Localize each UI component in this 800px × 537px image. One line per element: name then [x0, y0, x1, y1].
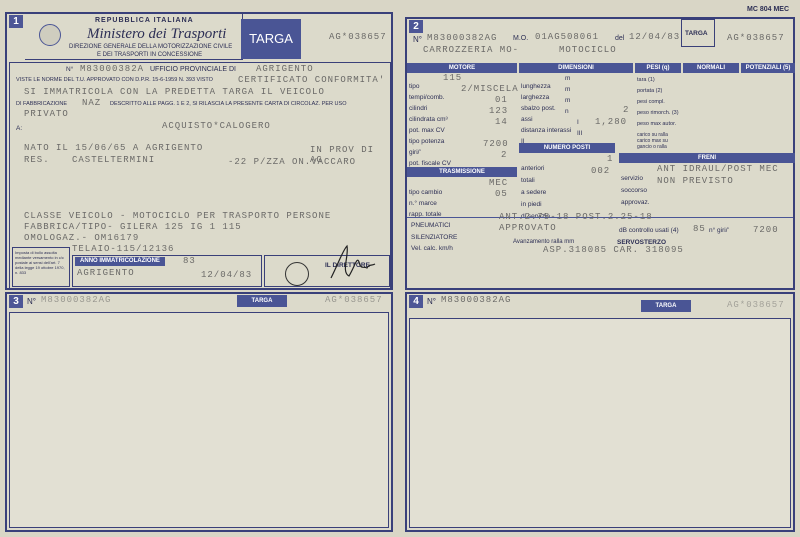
fabbricazione-value: NAZ — [82, 98, 101, 108]
dimensioni-row: IIIII — [521, 130, 633, 141]
targa-label: TARGA — [641, 300, 691, 312]
main-body: N° M83000382A UFFICIO PROVINCIALE DI AGR… — [9, 62, 391, 290]
anno-date: 12/04/83 — [201, 270, 252, 280]
ufficio-value: AGRIGENTO — [256, 64, 314, 74]
pesi-row: portata (2) — [637, 88, 681, 99]
normali-header: NORMALI — [683, 63, 739, 73]
dimensioni-row: sbalzo post.m — [521, 97, 633, 108]
mo-value: 01AG508061 — [535, 32, 599, 42]
panel-4: 4 N° M83000382AG TARGA AG*038657 — [405, 292, 795, 532]
nato-line: NATO IL 15/06/65 A AGRIGENTO — [24, 143, 203, 153]
descritto-label: DESCRITTO ALLE PAGG. 1 E 2, SI RILASCIA … — [110, 101, 346, 107]
anno-box: ANNO IMMATRICOLAZIONE 83 AGRIGENTO 12/04… — [72, 255, 262, 287]
carrozzeria-type: MOTOCICLO — [559, 45, 617, 55]
direction-line-1: DIREZIONE GENERALE DELLA MOTORIZZAZIONE … — [69, 44, 232, 50]
freni-row: soccorsoNON PREVISTO — [621, 179, 795, 191]
vehicle-registration-document: 1 REPUBBLICA ITALIANA Ministero dei Tras… — [0, 0, 800, 537]
pesi-row: tara (1) — [637, 77, 681, 88]
n-label: N° — [413, 35, 422, 44]
targa-value: AG*038657 — [329, 32, 387, 42]
posti-row: totali002 — [521, 169, 633, 181]
owner-name: ACQUISTO*CALOGERO — [162, 121, 271, 131]
giri-label: n° giri/' — [709, 227, 729, 234]
dimensioni-rows: lunghezzam larghezzam sbalzo post.m assi… — [521, 75, 633, 141]
posti-row: a sedere — [521, 181, 633, 193]
panel-number: 1 — [9, 15, 23, 28]
potenziali-header: POTENZIALI (5) — [741, 63, 795, 73]
panel-4-blank-area — [409, 318, 791, 528]
anno-value: 83 — [183, 256, 196, 266]
motore-header: MOTORE — [407, 63, 517, 73]
n-label: N° — [66, 66, 73, 73]
form-code: MC 804 MEC — [747, 6, 789, 13]
dimensioni-row: distanza interassiI1,280 — [521, 119, 633, 130]
pesi-rows: tara (1) portata (2) pesi compl. peso ri… — [637, 77, 681, 150]
n-label: N° — [27, 297, 36, 306]
motore-row: pot. fiscale CV2 — [409, 152, 517, 163]
carrozzeria-value: CARROZZERIA MO- — [423, 45, 519, 55]
bollo-text: Imposta di bollo assolta mediante versam… — [15, 250, 67, 275]
emblem-icon — [39, 24, 61, 46]
panel-1: 1 REPUBBLICA ITALIANA Ministero dei Tras… — [5, 12, 393, 290]
direttore-box: IL DIRETTORE — [264, 255, 390, 287]
direction-line-2: E DEI TRASPORTI IN CONCESSIONE — [97, 52, 202, 58]
numero-posti-header: NUMERO POSTI — [519, 143, 615, 153]
pneumatici-label: PNEUMATICI — [411, 222, 451, 229]
panel-2: 2 MC 804 MEC N° M83000382AG M.O. 01AG508… — [405, 17, 795, 290]
mo-label: M.O. — [513, 35, 528, 42]
targa-label: TARGA — [241, 19, 301, 59]
res-address: -22 P/ZZA ON.VACCARO — [228, 157, 356, 167]
posti-row: in piedi — [521, 193, 633, 205]
db-label: dB controllo usati (4) — [619, 227, 679, 234]
dimensioni-header: DIMENSIONI — [519, 63, 633, 73]
panel-number: 2 — [409, 20, 423, 33]
silenziatore-label: SILENZIATORE — [411, 234, 457, 241]
viste-value: CERTIFICATO CONFORMITA' — [238, 75, 385, 85]
n-value: M83000382A — [80, 64, 144, 74]
n-value: M83000382AG — [427, 33, 497, 43]
del-label: del — [615, 35, 624, 42]
targa-box: TARGA — [681, 19, 715, 47]
pesi-row: carico su ralla carico max su gancio o r… — [637, 132, 681, 150]
omolog-line: OMOLOGAZ.- OM16179 — [24, 233, 139, 243]
freni-row: approvaz. — [621, 191, 795, 203]
targa-label: TARGA — [237, 295, 287, 307]
panel-3: 3 N° M83000382AG TARGA AG*038657 — [5, 292, 393, 532]
targa-value: AG*038657 — [727, 33, 785, 43]
fabbrica-line: FABBRICA/TIPO- GILERA 125 IG 1 115 — [24, 222, 242, 232]
pesi-header: PESI (q) — [635, 63, 681, 73]
freni-header: FRENI — [619, 153, 795, 163]
silenziatore-value: APPROVATO — [499, 223, 557, 233]
immatricola-line: SI IMMATRICOLA CON LA PREDETTA TARGA IL … — [24, 87, 325, 97]
targa-value: AG*038657 — [727, 300, 785, 310]
ministry-header: REPUBBLICA ITALIANA Ministero dei Traspo… — [25, 14, 243, 60]
pesi-row: peso max autor. — [637, 121, 681, 132]
trasmissione-row: n.° marce05 — [409, 192, 517, 203]
motore-rows: tipo115 tempi/comb.2/MISCELA cilindri01 … — [409, 75, 517, 163]
telaio-line: TELAIO-115/12136 — [72, 244, 174, 254]
panel-3-blank-area — [9, 312, 389, 528]
classe-line: CLASSE VEICOLO - MOTOCICLO PER TRASPORTO… — [24, 211, 331, 221]
ministry-name: Ministero dei Trasporti — [87, 26, 226, 43]
dimensioni-row: larghezzam — [521, 86, 633, 97]
republic-label: REPUBBLICA ITALIANA — [95, 17, 194, 24]
pneumatici-value: ANT.2.75-18 POST.2.25-18 — [499, 212, 653, 222]
del-value: 12/04/83 — [629, 32, 680, 42]
asp-value: ASP.318085 CAR. 318095 — [543, 245, 684, 255]
posti-row: anteriori1 — [521, 157, 633, 169]
trasmissione-header: TRASMISSIONE — [407, 167, 517, 177]
viste-label: VISTE LE NORME DEL T.U. APPROVATO CON D.… — [16, 77, 213, 83]
a-label: A: — [16, 125, 22, 132]
giri-value: 7200 — [753, 225, 779, 235]
targa-label: TARGA — [685, 30, 708, 37]
panel-number: 3 — [9, 295, 23, 308]
panel-number: 4 — [409, 295, 423, 308]
velocita-label: Vel. calc. km/h — [411, 245, 453, 252]
n-value: M83000382AG — [41, 295, 111, 305]
anno-city: AGRIGENTO — [77, 268, 135, 278]
res-label: RES. — [24, 155, 50, 165]
ufficio-label: UFFICIO PROVINCIALE DI — [150, 66, 236, 73]
stamp-circle-icon — [285, 262, 309, 286]
anno-label: ANNO IMMATRICOLAZIONE — [75, 257, 165, 266]
dimensioni-row: lunghezzam — [521, 75, 633, 86]
n-value: M83000382AG — [441, 295, 511, 305]
pesi-row: pesi compl. — [637, 99, 681, 110]
targa-value: AG*038657 — [325, 295, 383, 305]
uso-value: PRIVATO — [24, 109, 69, 119]
posti-rows: anteriori1 totali002 a sedere in piedi d… — [521, 157, 633, 217]
freni-rows: servizioANT IDRAUL/POST MEC soccorsoNON … — [621, 167, 795, 203]
n-label: N° — [427, 297, 436, 306]
db-value: 85 — [693, 224, 706, 234]
motore-row: pot. max CV14 — [409, 119, 517, 130]
signature-icon — [325, 242, 381, 286]
pesi-row: peso rimorch. (3) — [637, 110, 681, 121]
fabbricazione-label: DI FABBRICAZIONE — [16, 101, 67, 107]
trasmissione-rows: tipo cambioMEC n.° marce05 rapp. totale — [409, 181, 517, 214]
bollo-box: Imposta di bollo assolta mediante versam… — [12, 247, 70, 287]
res-city: CASTELTERMINI — [72, 155, 155, 165]
